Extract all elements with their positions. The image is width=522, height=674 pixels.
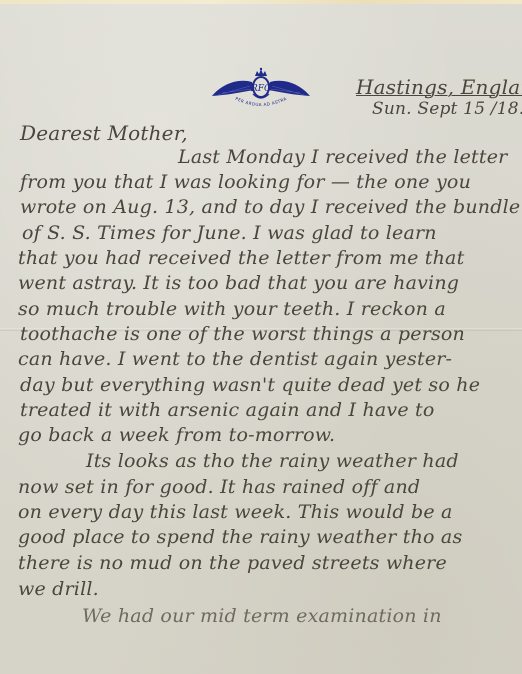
body-line: now set in for good. It has rained off a… bbox=[18, 476, 420, 498]
body-line: go back a week from to-morrow. bbox=[18, 424, 335, 446]
body-line: good place to spend the rainy weather th… bbox=[18, 526, 462, 548]
body-line: there is no mud on the paved streets whe… bbox=[18, 552, 447, 574]
body-line: on every day this last week. This would … bbox=[18, 501, 453, 523]
body-line: wrote on Aug. 13, and to day I received … bbox=[20, 196, 520, 218]
header-place: Hastings, England. bbox=[356, 76, 522, 98]
body-line: went astray. It is too bad that you are … bbox=[18, 272, 459, 294]
body-line: Its looks as tho the rainy weather had bbox=[86, 450, 459, 472]
salutation: Dearest Mother, bbox=[20, 122, 188, 144]
paper-top-edge bbox=[0, 0, 522, 4]
body-line: toothache is one of the worst things a p… bbox=[20, 323, 465, 345]
body-line: of S. S. Times for June. I was glad to l… bbox=[22, 222, 437, 244]
body-line: day but everything wasn't quite dead yet… bbox=[20, 374, 480, 396]
body-line: we drill. bbox=[18, 578, 99, 600]
body-line: treated it with arsenic again and I have… bbox=[20, 399, 435, 421]
body-line: that you had received the letter from me… bbox=[18, 247, 464, 269]
body-line: from you that I was looking for — the on… bbox=[20, 171, 471, 193]
rfc-wings-crown-icon: RFC PER ARDUA AD ASTRA bbox=[208, 66, 314, 110]
body-line: can have. I went to the dentist again ye… bbox=[18, 348, 452, 370]
body-line: so much trouble with your teeth. I recko… bbox=[18, 298, 446, 320]
svg-text:RFC: RFC bbox=[250, 84, 271, 94]
header-date: Sun. Sept 15 /18. bbox=[372, 98, 522, 120]
letter-page: RFC PER ARDUA AD ASTRA Hastings, England… bbox=[0, 0, 522, 674]
body-line: We had our mid term examination in bbox=[82, 605, 442, 627]
body-line: Last Monday I received the letter bbox=[178, 146, 507, 168]
